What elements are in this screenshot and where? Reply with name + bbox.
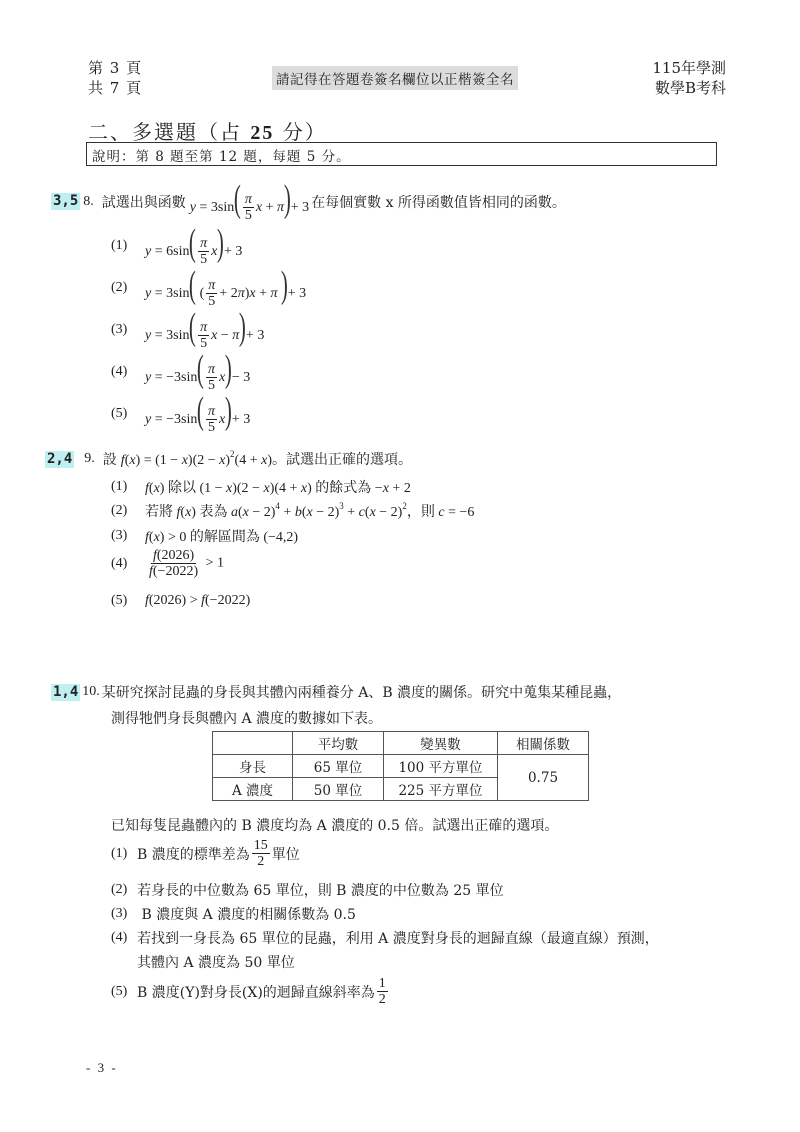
signature-notice: 請記得在答題卷簽名欄位以正楷簽全名 <box>272 66 518 90</box>
q9-option-1[interactable]: (1) f(x) 除以 (1 − x)(2 − x)(4 + x) 的餘式為 −… <box>111 477 411 497</box>
q10-option-1[interactable]: (1) B 濃度的標準差為 152 單位 <box>111 838 300 869</box>
page-indicator: 第 3 頁 共 7 頁 <box>88 58 142 98</box>
question-10-stem: 1,4 10. 某研究探討昆蟲的身長與其體內兩種養分 A、B 濃度的關係。研究中… <box>51 682 621 702</box>
data-table: 平均數 變異數 相關係數 身長 65 單位 100 平方單位 0.75 A 濃度… <box>212 731 589 801</box>
option-text: f(2026)f(−2022) > 1 <box>145 548 224 579</box>
q10-option-2[interactable]: (2) 若身長的中位數為 65 單位，則 B 濃度的中位數為 25 單位 <box>111 880 504 900</box>
option-formula: y = −3sin(π5x)− 3 <box>145 350 250 393</box>
page-number: - 3 - <box>86 1060 118 1076</box>
exam-info: 115年學測 數學B考科 <box>652 58 726 98</box>
table-row: 身長 65 單位 100 平方單位 0.75 <box>213 755 589 778</box>
option-formula: y = 3sin(π5x − π)+ 3 <box>145 308 264 351</box>
q10-option-4-line2: 其體內 A 濃度為 50 單位 <box>137 952 295 972</box>
q9-option-3[interactable]: (3) f(x) > 0 的解區間為 (−4,2) <box>111 526 298 546</box>
q8-option-3[interactable]: (3) y = 3sin(π5x − π)+ 3 <box>111 308 264 351</box>
q8-option-2[interactable]: (2) y = 3sin( (π5+ 2π)x + π )+ 3 <box>111 266 306 309</box>
q8-option-4[interactable]: (4) y = −3sin(π5x)− 3 <box>111 350 250 393</box>
option-formula: y = 3sin( (π5+ 2π)x + π )+ 3 <box>145 266 306 309</box>
q9-option-5[interactable]: (5) f(2026) > f(−2022) <box>111 593 250 609</box>
option-text: f(x) > 0 的解區間為 (−4,2) <box>145 526 298 546</box>
question-number: 8. <box>83 194 94 210</box>
correlation-value: 0.75 <box>498 755 589 801</box>
instruction-box: 說明：第 8 題至第 12 題，每題 5 分。 <box>86 142 717 166</box>
instruction-text: 說明：第 8 題至第 12 題，每題 5 分。 <box>87 143 716 167</box>
exam-subject: 數學B考科 <box>652 78 726 98</box>
q8-option-1[interactable]: (1) y = 6sin(π5x)+ 3 <box>111 224 242 267</box>
section-points: 25 <box>250 122 274 144</box>
fraction: 152 <box>252 838 270 869</box>
answer-badge: 2,4 <box>45 451 74 468</box>
question-9-stem: 2,4 9. 設 f(x) = (1 − x)(2 − x)2(4 + x) 。… <box>45 449 412 469</box>
total-pages: 共 7 頁 <box>88 78 142 98</box>
q9-option-4[interactable]: (4) f(2026)f(−2022) > 1 <box>111 548 224 579</box>
answer-badge: 3,5 <box>51 193 80 210</box>
option-formula: y = 6sin(π5x)+ 3 <box>145 224 242 267</box>
q10-option-3[interactable]: (3) B 濃度與 A 濃度的相關係數為 0.5 <box>111 904 356 924</box>
fraction: 12 <box>377 976 388 1007</box>
answer-badge: 1,4 <box>51 684 80 701</box>
question-8-stem: 3,5 8. 試選出與函數 y = 3sin(π5x + π)+ 3 在每個實數… <box>51 180 566 223</box>
table-header-row: 平均數 變異數 相關係數 <box>213 732 589 755</box>
stem-function: f(x) = (1 − x)(2 − x)2(4 + x) <box>121 449 272 469</box>
question-number: 10. <box>82 684 100 700</box>
option-text: f(x) 除以 (1 − x)(2 − x)(4 + x) 的餘式為 −x + … <box>145 477 411 497</box>
section-title: 二、多選題（占 25 分） <box>88 116 327 145</box>
q10-option-4[interactable]: (4) 若找到一身長為 65 單位的昆蟲，利用 A 濃度對身長的迴歸直線（最適直… <box>111 928 659 948</box>
stem-function: y = 3sin(π5x + π)+ 3 <box>190 180 309 223</box>
exam-year: 115年學測 <box>652 58 726 78</box>
question-10-given: 已知每隻昆蟲體內的 B 濃度均為 A 濃度的 0.5 倍。試選出正確的選項。 <box>111 815 558 835</box>
q8-option-5[interactable]: (5) y = −3sin(π5x)+ 3 <box>111 392 250 435</box>
option-formula: y = −3sin(π5x)+ 3 <box>145 392 250 435</box>
current-page: 第 3 頁 <box>88 58 142 78</box>
option-text: 若將 f(x) 表為 a(x − 2)4 + b(x − 2)3 + c(x −… <box>145 501 474 521</box>
option-text: f(2026) > f(−2022) <box>145 593 250 609</box>
question-number: 9. <box>84 451 95 467</box>
question-10-stem-line2: 測得牠們身長與體內 A 濃度的數據如下表。 <box>111 708 382 728</box>
q9-option-2[interactable]: (2) 若將 f(x) 表為 a(x − 2)4 + b(x − 2)3 + c… <box>111 501 474 521</box>
q10-option-5[interactable]: (5) B 濃度(Y)對身長(X)的迴歸直線斜率為 12 <box>111 976 390 1007</box>
